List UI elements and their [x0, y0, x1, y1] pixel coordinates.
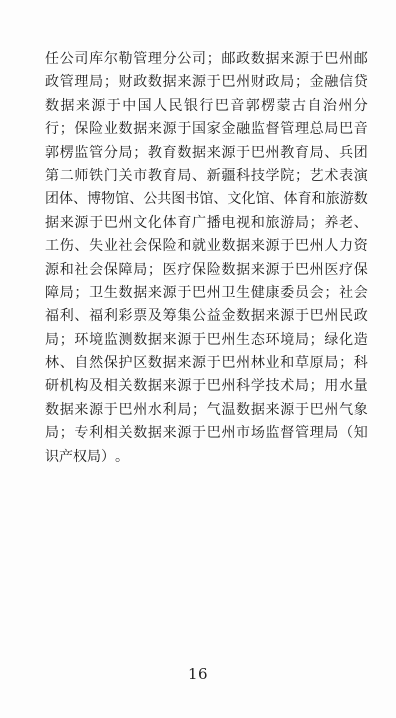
- text-line: 局；专利相关数据来源于巴州市场监督管理局（知: [45, 422, 368, 445]
- text-line: 工伤、失业社会保险和就业数据来源于巴州人力资: [45, 235, 368, 258]
- text-line: 福利、福利彩票及筹集公益金数据来源于巴州民政: [45, 305, 368, 328]
- text-line: 郭楞监管分局；教育数据来源于巴州教育局、兵团: [45, 142, 368, 165]
- text-line: 数据来源于中国人民银行巴音郭楞蒙古自治州分: [45, 95, 368, 118]
- page-number: 16: [0, 666, 396, 683]
- text-line: 研机构及相关数据来源于巴州科学技术局；用水量: [45, 375, 368, 398]
- text-line: 局；环境监测数据来源于巴州生态环境局；绿化造: [45, 329, 368, 352]
- text-line: 林、自然保护区数据来源于巴州林业和草原局；科: [45, 352, 368, 375]
- text-line: 政管理局；财政数据来源于巴州财政局；金融信贷: [45, 71, 368, 94]
- text-line: 识产权局）。: [45, 446, 368, 469]
- text-line: 团体、博物馆、公共图书馆、文化馆、体育和旅游数: [45, 188, 368, 211]
- text-line: 行；保险业数据来源于国家金融监督管理总局巴音: [45, 118, 368, 141]
- text-line: 数据来源于巴州水利局；气温数据来源于巴州气象: [45, 399, 368, 422]
- text-line: 第二师铁门关市教育局、新疆科技学院；艺术表演: [45, 165, 368, 188]
- text-line: 障局；卫生数据来源于巴州卫生健康委员会；社会: [45, 282, 368, 305]
- text-line: 源和社会保障局；医疗保险数据来源于巴州医疗保: [45, 259, 368, 282]
- document-page: 任公司库尔勒管理分公司；邮政数据来源于巴州邮政管理局；财政数据来源于巴州财政局；…: [0, 0, 396, 718]
- text-line: 任公司库尔勒管理分公司；邮政数据来源于巴州邮: [45, 48, 368, 71]
- text-line: 据来源于巴州文化体育广播电视和旅游局；养老、: [45, 212, 368, 235]
- body-text: 任公司库尔勒管理分公司；邮政数据来源于巴州邮政管理局；财政数据来源于巴州财政局；…: [45, 48, 368, 469]
